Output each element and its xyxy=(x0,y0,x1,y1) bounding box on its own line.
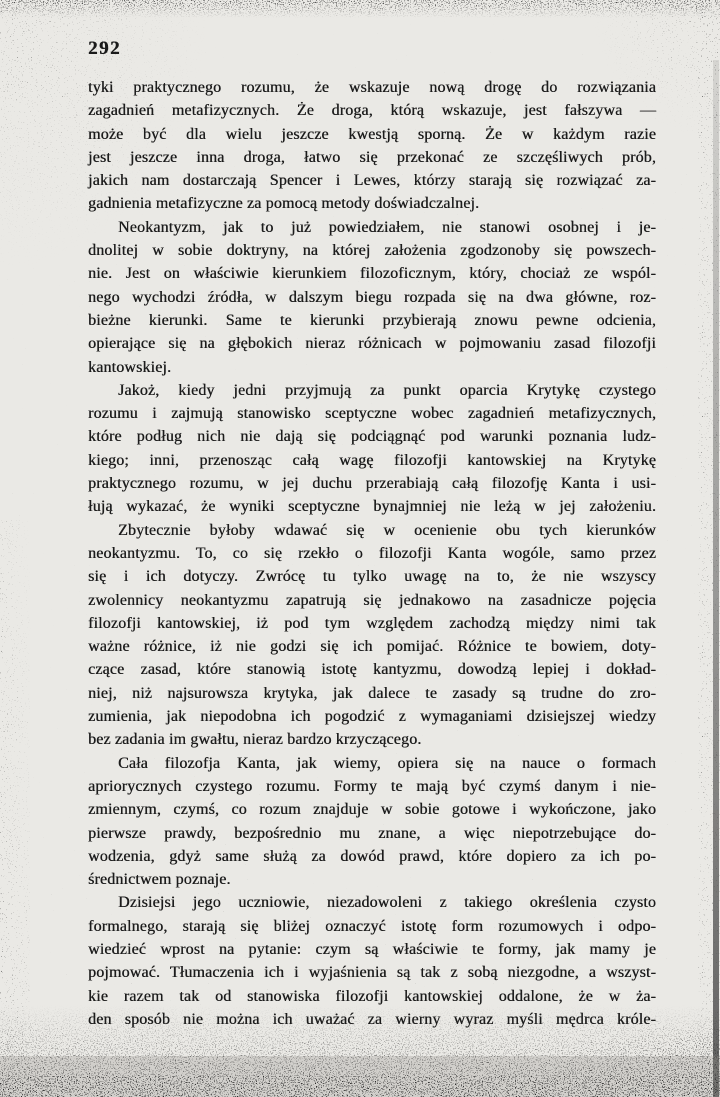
text-line: kantowskiej. xyxy=(88,356,656,379)
text-line: Neokantyzm, jak to już powiedziałem, nie… xyxy=(88,216,656,239)
text-line: może być dla wielu jeszcze kwestją sporn… xyxy=(88,123,656,146)
text-line: nego wychodzi źródła, w dalszym biegu ro… xyxy=(88,286,656,309)
text-line: wodzenia, gdyż same służą za dowód prawd… xyxy=(88,845,656,868)
text-line: ważne różnice, iż nie godzi się ich pomi… xyxy=(88,635,656,658)
right-edge-noise xyxy=(698,0,720,1097)
text-line: zmiennym, czymś, co rozum znajduje w sob… xyxy=(88,798,656,821)
text-line: praktycznego rozumu, w jej duchu przerab… xyxy=(88,472,656,495)
text-line: dnolitej w sobie doktryny, na której zał… xyxy=(88,239,656,262)
text-line: opierające się na głębokich nieraz różni… xyxy=(88,332,656,355)
text-line: formalnego, starają się bliżej oznaczyć … xyxy=(88,915,656,938)
right-edge-band xyxy=(713,60,719,1097)
bottom-edge-tint xyxy=(0,1056,720,1097)
text-line: filozofji kantowskiej, iż pod tym względ… xyxy=(88,612,656,635)
bottom-edge-noise-dense xyxy=(0,1076,720,1097)
text-line: bieżne kierunki. Same te kierunki przybi… xyxy=(88,309,656,332)
text-line: gadnienia metafizyczne za pomocą metody … xyxy=(88,192,656,215)
text-line: zwolennicy neokantyzmu zapatrują się jed… xyxy=(88,589,656,612)
text-line: się i ich dotyczy. Zwrócę tu tylko uwagę… xyxy=(88,565,656,588)
text-line: kie razem tak od stanowiska filozofji ka… xyxy=(88,985,656,1008)
text-line: Dzisiejsi jego uczniowie, niezadowoleni … xyxy=(88,891,656,914)
text-line: kiego; inni, przenosząc całą wagę filozo… xyxy=(88,449,656,472)
text-line: tyki praktycznego rozumu, że wskazuje no… xyxy=(88,76,656,99)
text-line: nie. Jest on właściwie kierunkiem filozo… xyxy=(88,262,656,285)
scanned-book-page: 292 tyki praktycznego rozumu, że wskazuj… xyxy=(0,0,720,1097)
left-edge-noise-lower xyxy=(0,520,30,1097)
text-line: niej, niż najsurowsza krytyka, jak dalec… xyxy=(88,682,656,705)
text-line: rozumu i zajmują stanowisko sceptyczne w… xyxy=(88,402,656,425)
left-edge-noise-upper xyxy=(0,170,20,600)
text-line: łują wykazać, że wyniki sceptyczne bynaj… xyxy=(88,495,656,518)
text-line: bez zadania im gwałtu, nieraz bardzo krz… xyxy=(88,728,656,751)
text-line: neokantyzmu. To, co się rzekło o filozof… xyxy=(88,542,656,565)
text-line: Cała filozofja Kanta, jak wiemy, opiera … xyxy=(88,752,656,775)
text-line: Zbytecznie byłoby wdawać się w ocenienie… xyxy=(88,519,656,542)
text-line: jest jeszcze inna droga, łatwo się przek… xyxy=(88,146,656,169)
text-line: den sposób nie można ich uważać za wiern… xyxy=(88,1008,656,1031)
text-line: zumienia, jak niepodobna ich pogodzić z … xyxy=(88,705,656,728)
text-line: jakich nam dostarczają Spencer i Lewes, … xyxy=(88,169,656,192)
text-line: apriorycznych czystego rozumu. Formy te … xyxy=(88,775,656,798)
text-line: pojmować. Tłumaczenia ich i wyjaśnienia … xyxy=(88,961,656,984)
text-line: które podług nich nie dają się podciągną… xyxy=(88,425,656,448)
text-line: czące zasad, które stanowią istotę kanty… xyxy=(88,658,656,681)
top-edge-noise xyxy=(0,0,720,18)
text-line: Jakoż, kiedy jedni przyjmują za punkt op… xyxy=(88,379,656,402)
text-line: wiedzieć wprost na pytanie: czym są właś… xyxy=(88,938,656,961)
text-line: średnictwem poznaje. xyxy=(88,868,656,891)
page-number: 292 xyxy=(88,38,121,60)
text-column: tyki praktycznego rozumu, że wskazuje no… xyxy=(88,76,656,1031)
text-line: zagadnień metafizycznych. Że droga, któr… xyxy=(88,99,656,122)
text-line: pierwsze prawdy, bezpośrednio mu znane, … xyxy=(88,822,656,845)
bottom-right-noise xyxy=(540,1020,720,1097)
